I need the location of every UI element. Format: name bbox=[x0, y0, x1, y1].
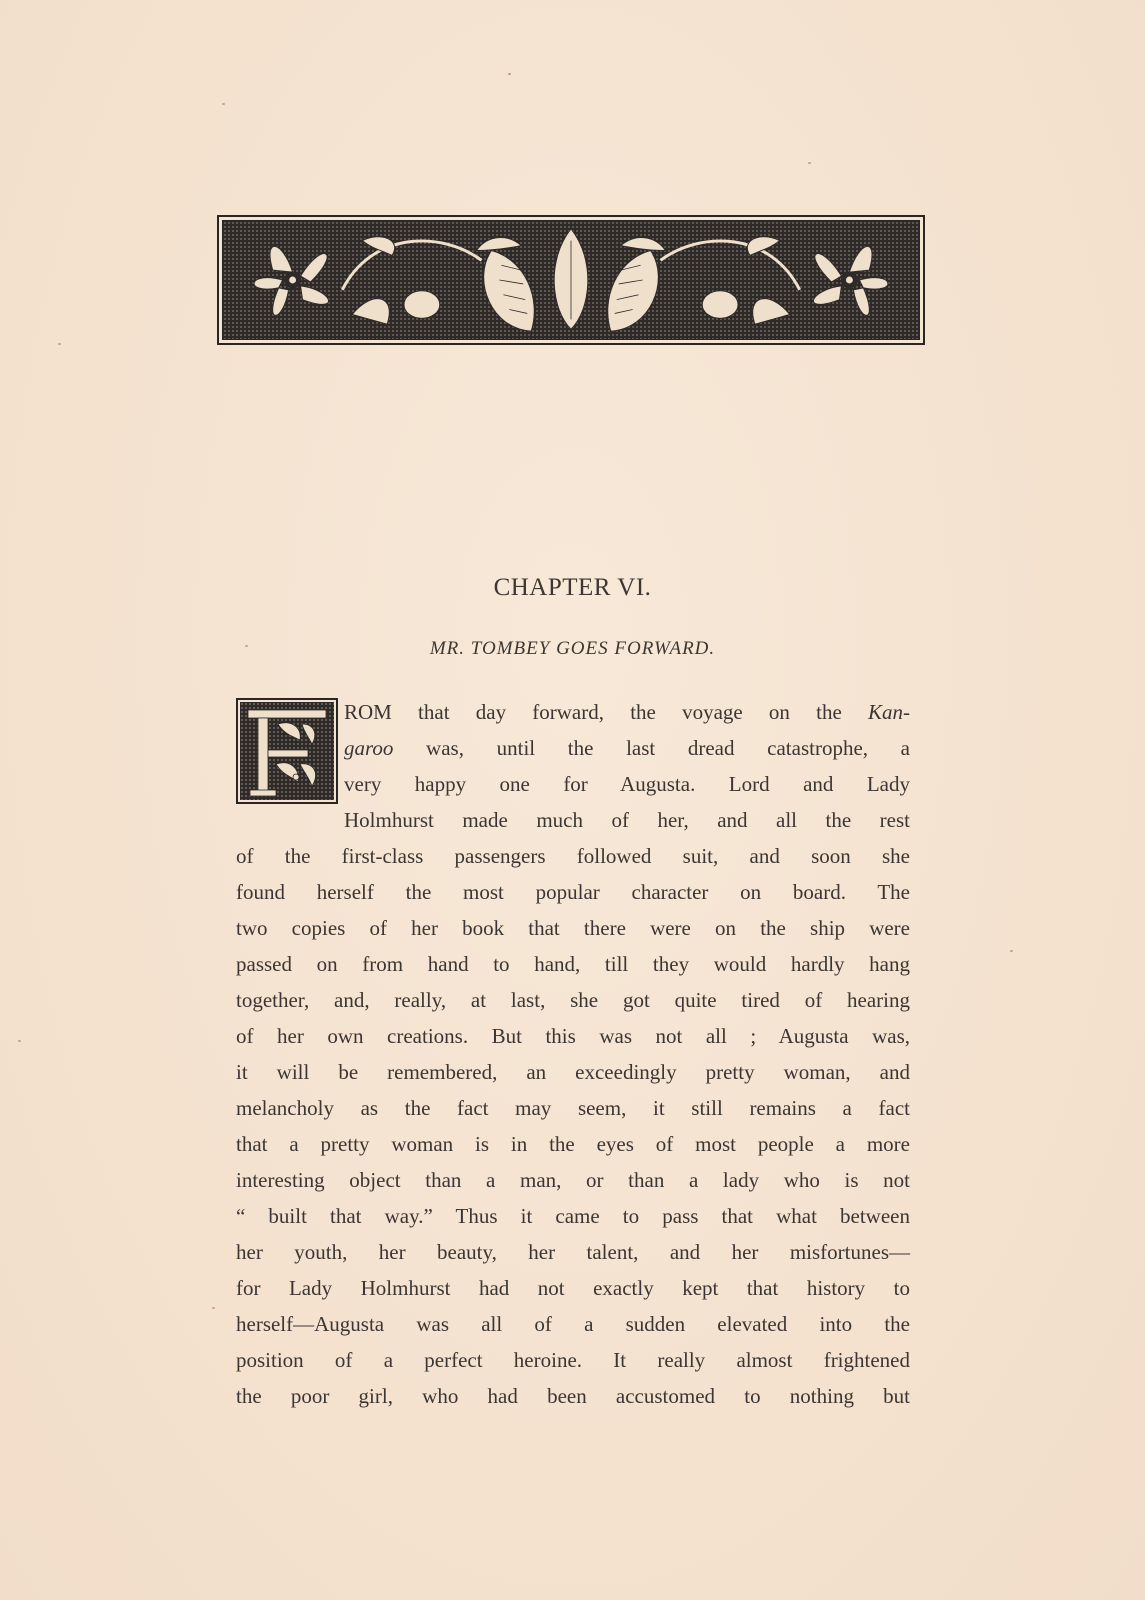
floral-ornament-band-icon bbox=[222, 220, 920, 340]
paper-speck bbox=[222, 103, 225, 105]
chapter-subtitle: MR. TOMBEY GOES FORWARD. bbox=[0, 638, 1145, 660]
text-line: the poor girl, who had been accustomed t… bbox=[236, 1378, 910, 1414]
text-line: for Lady Holmhurst had not exactly kept … bbox=[236, 1270, 910, 1306]
text-line: found herself the most popular character… bbox=[236, 874, 910, 910]
text-line: garoo was, until the last dread catastro… bbox=[236, 730, 910, 766]
text-line: “ built that way.” Thus it came to pass … bbox=[236, 1198, 910, 1234]
body-paragraph: ROM that day forward, the voyage on the … bbox=[236, 694, 910, 1414]
text-line: passed on from hand to hand, till they w… bbox=[236, 946, 910, 982]
ornamental-headpiece bbox=[217, 215, 925, 345]
text-line: herself—Augusta was all of a sudden elev… bbox=[236, 1306, 910, 1342]
text-line: Holmhurst made much of her, and all the … bbox=[236, 802, 910, 838]
text-line: that a pretty woman is in the eyes of mo… bbox=[236, 1126, 910, 1162]
paper-speck bbox=[58, 343, 61, 345]
paper-speck bbox=[1010, 950, 1013, 952]
paper-speck bbox=[508, 73, 511, 75]
paper-speck bbox=[18, 1040, 21, 1042]
text-line: of the first-class passengers followed s… bbox=[236, 838, 910, 874]
book-page: CHAPTER VI. MR. TOMBEY GOES FORWARD. bbox=[0, 0, 1145, 1600]
text-line: two copies of her book that there were o… bbox=[236, 910, 910, 946]
text-line: melancholy as the fact may seem, it stil… bbox=[236, 1090, 910, 1126]
text-line: together, and, really, at last, she got … bbox=[236, 982, 910, 1018]
text-line: her youth, her beauty, her talent, and h… bbox=[236, 1234, 910, 1270]
chapter-title: CHAPTER VI. bbox=[0, 574, 1145, 602]
text-line: ROM that day forward, the voyage on the … bbox=[236, 694, 910, 730]
text-line: of her own creations. But this was not a… bbox=[236, 1018, 910, 1054]
text-line: very happy one for Augusta. Lord and Lad… bbox=[236, 766, 910, 802]
text-line: it will be remembered, an exceedingly pr… bbox=[236, 1054, 910, 1090]
paper-speck bbox=[212, 1307, 215, 1309]
text-line: position of a perfect heroine. It really… bbox=[236, 1342, 910, 1378]
text-line: interesting object than a man, or than a… bbox=[236, 1162, 910, 1198]
floral-ornament-svg bbox=[223, 221, 919, 339]
paper-speck bbox=[808, 162, 811, 164]
